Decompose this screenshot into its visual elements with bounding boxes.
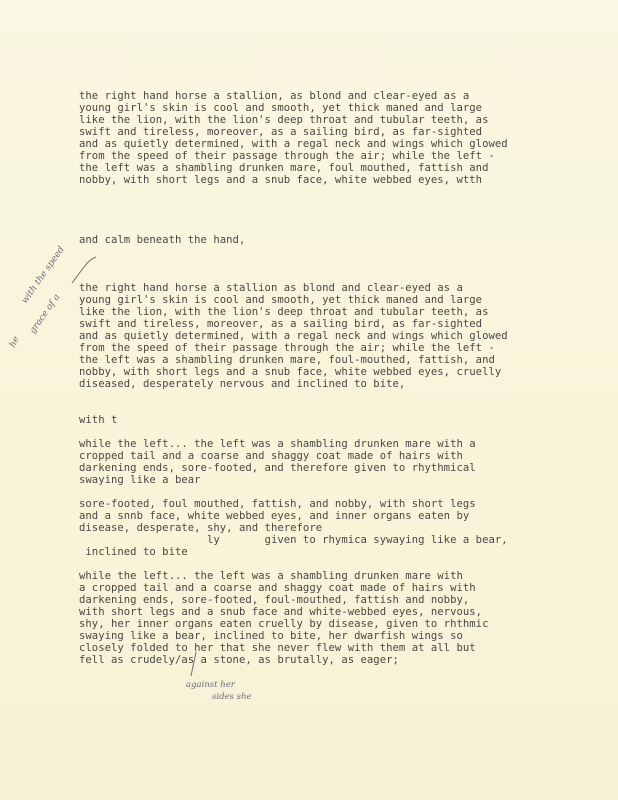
typed-line: while the left... the left was a shambli… (79, 438, 476, 450)
typed-line: with short legs and a snub face and whit… (79, 606, 482, 618)
typewritten-page: the right hand horse a stallion, as blon… (0, 0, 618, 800)
typed-line: and as quietly determined, with a regal … (79, 138, 508, 150)
typed-line: closely folded to her that she never fle… (79, 642, 476, 654)
typed-line: while the left... the left was a shambli… (79, 570, 463, 582)
typed-line: swaying like a bear, inclined to bite, h… (79, 630, 463, 642)
typed-line: nobby, with short legs and a snub face, … (79, 366, 501, 378)
handwritten-insert-note-2: sides she (212, 692, 251, 702)
typed-line: fell as crudely/as a stone, as brutally,… (79, 654, 399, 666)
typed-line: the left was a shambling drunken mare, f… (79, 162, 488, 174)
typed-line: shy, her inner organs eaten cruelly by d… (79, 618, 488, 630)
typed-line: disease, desperate, shy, and therefore (79, 522, 322, 534)
typed-line: young girl's skin is cool and smooth, ye… (79, 294, 482, 306)
typed-line: and a snnb face, white webbed eyes, and … (79, 510, 469, 522)
typed-line: from the speed of their passage through … (79, 150, 495, 162)
typed-line: sore-footed, foul mouthed, fattish, and … (79, 498, 476, 510)
typed-line: inclined to bite (79, 546, 188, 558)
handwritten-insert-note-1: against her (186, 680, 235, 690)
handwritten-margin-note-3: he (8, 335, 22, 349)
typed-line: darkening ends, sore-footed, foul-mouthe… (79, 594, 469, 606)
typed-line: like the lion, with the lion's deep thro… (79, 114, 488, 126)
typed-line: nobby, with short legs and a snub face, … (79, 174, 482, 186)
typed-line: swift and tireless, moreover, as a saili… (79, 126, 482, 138)
handwritten-caret-line (189, 650, 199, 678)
typed-line: like the lion, with the lion's deep thro… (79, 306, 488, 318)
typed-line: and as quietly determined, with a regal … (79, 330, 508, 342)
typed-line: the right hand horse a stallion as blond… (79, 282, 463, 294)
typed-line: swaying like a bear (79, 474, 201, 486)
typed-line: and calm beneath the hand, (79, 234, 245, 246)
typed-line: the left was a shambling drunken mare, f… (79, 354, 495, 366)
handwritten-margin-note-2: grace of a (28, 293, 62, 336)
typed-line: with t (79, 414, 117, 426)
typed-line: cropped tail and a coarse and shaggy coa… (79, 450, 463, 462)
typed-line: from the speed of their passage through … (79, 342, 495, 354)
typed-line: the right hand horse a stallion, as blon… (79, 90, 469, 102)
typed-line: young girl's skin is cool and smooth, ye… (79, 102, 482, 114)
typed-line: ly given to rhymica sywaying like a bear… (79, 534, 508, 546)
handwritten-insertion-mark (70, 255, 100, 285)
typed-line: diseased, desperately nervous and inclin… (79, 378, 405, 390)
typed-line: a cropped tail and a coarse and shaggy c… (79, 582, 476, 594)
typed-line: swift and tireless, moreover, as a saili… (79, 318, 482, 330)
typed-line: darkening ends, sore-footed, and therefo… (79, 462, 476, 474)
